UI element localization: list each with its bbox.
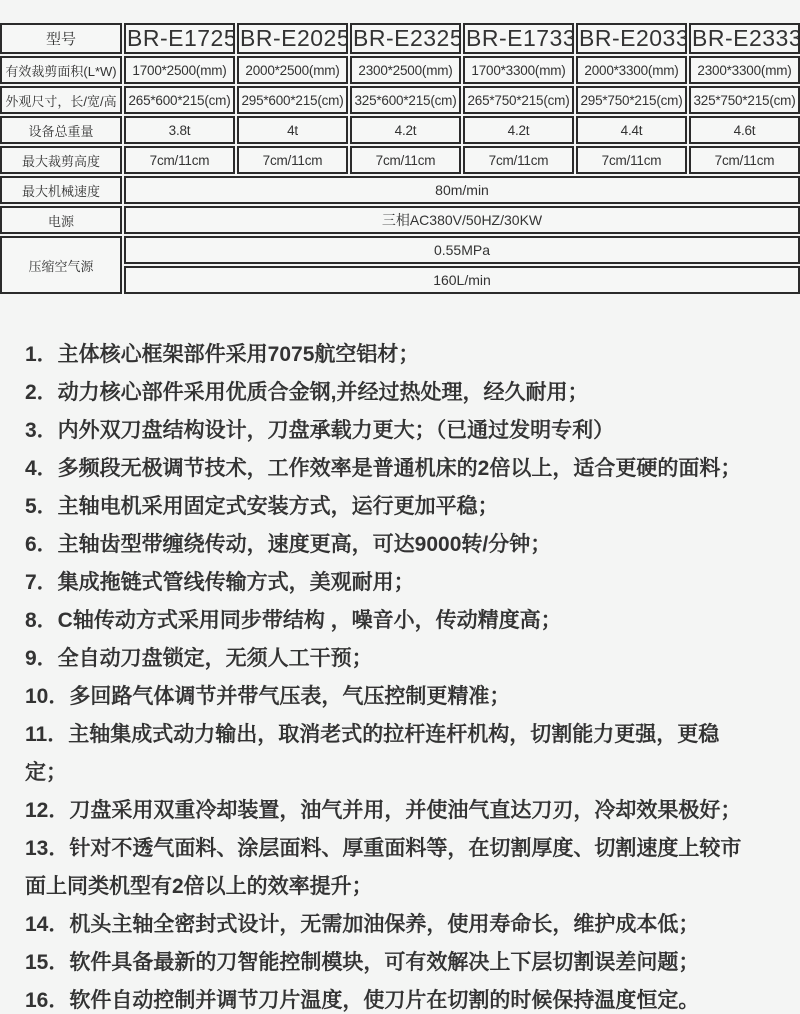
feature-item: 3．内外双刀盘结构设计，刀盘承载力更大；（已通过发明专利） bbox=[25, 412, 757, 450]
spec-value: 265*750*215(cm) bbox=[463, 86, 574, 114]
feature-item: 5．主轴电机采用固定式安装方式，运行更加平稳； bbox=[25, 488, 757, 526]
feature-item: 16．软件自动控制并调节刀片温度，使刀片在切割的时候保持温度恒定。 bbox=[25, 982, 757, 1014]
spec-value: 7cm/11cm bbox=[237, 146, 348, 174]
feature-item: 12．刀盘采用双重冷却装置，油气并用，并使油气直达刀刃，冷却效果极好； bbox=[25, 792, 757, 830]
feature-item: 9．全自动刀盘锁定，无须人工干预； bbox=[25, 640, 757, 678]
row-label: 压缩空气源 bbox=[0, 236, 122, 294]
table-row-cutting-height: 最大裁剪高度 7cm/11cm 7cm/11cm 7cm/11cm 7cm/11… bbox=[0, 146, 800, 174]
spec-table: 型号 BR-E1725 BR-E2025 BR-E2325 BR-E1733 B… bbox=[0, 21, 800, 296]
spec-value-span: 80m/min bbox=[124, 176, 800, 204]
feature-item: 4．多频段无极调节技术，工作效率是普通机床的2倍以上，适合更硬的面料； bbox=[25, 450, 757, 488]
product-spec-page: 型号 BR-E1725 BR-E2025 BR-E2325 BR-E1733 B… bbox=[0, 0, 800, 1014]
feature-item: 15．软件具备最新的刀智能控制模块，可有效解决上下层切割误差问题； bbox=[25, 944, 757, 982]
spec-value: 325*600*215(cm) bbox=[350, 86, 461, 114]
spec-value: 4.2t bbox=[463, 116, 574, 144]
row-label: 有效裁剪面积(L*W) bbox=[0, 56, 122, 84]
row-label: 设备总重量 bbox=[0, 116, 122, 144]
spec-value-span: 160L/min bbox=[124, 266, 800, 294]
model-name: BR-E1725 bbox=[124, 23, 235, 54]
model-name: BR-E2033 bbox=[576, 23, 687, 54]
spec-value: 4.6t bbox=[689, 116, 800, 144]
model-name: BR-E2333 bbox=[689, 23, 800, 54]
table-header-row: 型号 BR-E1725 BR-E2025 BR-E2325 BR-E1733 B… bbox=[0, 23, 800, 54]
table-row-max-speed: 最大机械速度 80m/min bbox=[0, 176, 800, 204]
spec-value: 295*750*215(cm) bbox=[576, 86, 687, 114]
spec-value-span: 0.55MPa bbox=[124, 236, 800, 264]
spec-value: 4.2t bbox=[350, 116, 461, 144]
spec-value: 295*600*215(cm) bbox=[237, 86, 348, 114]
spec-value: 1700*2500(mm) bbox=[124, 56, 235, 84]
row-label: 电源 bbox=[0, 206, 122, 234]
feature-item: 11．主轴集成式动力输出，取消老式的拉杆连杆机构，切割能力更强，更稳定； bbox=[25, 716, 757, 792]
feature-item: 1．主体核心框架部件采用7075航空铝材； bbox=[25, 336, 757, 374]
spec-value: 4.4t bbox=[576, 116, 687, 144]
feature-item: 2．动力核心部件采用优质合金钢,并经过热处理，经久耐用； bbox=[25, 374, 757, 412]
feature-item: 6．主轴齿型带缠绕传动，速度更高，可达9000转/分钟； bbox=[25, 526, 757, 564]
feature-list: 1．主体核心框架部件采用7075航空铝材； 2．动力核心部件采用优质合金钢,并经… bbox=[25, 336, 757, 1014]
feature-item: 13．针对不透气面料、涂层面料、厚重面料等，在切割厚度、切割速度上较市面上同类机… bbox=[25, 830, 757, 906]
table-row-cutting-area: 有效裁剪面积(L*W) 1700*2500(mm) 2000*2500(mm) … bbox=[0, 56, 800, 84]
table-row-power: 电源 三相AC380V/50HZ/30KW bbox=[0, 206, 800, 234]
spec-value: 4t bbox=[237, 116, 348, 144]
table-row-dimensions: 外观尺寸，长/宽/高 265*600*215(cm) 295*600*215(c… bbox=[0, 86, 800, 114]
model-name: BR-E2025 bbox=[237, 23, 348, 54]
row-label: 最大机械速度 bbox=[0, 176, 122, 204]
spec-value: 7cm/11cm bbox=[124, 146, 235, 174]
feature-item: 8．C轴传动方式采用同步带结构 ，噪音小，传动精度高； bbox=[25, 602, 757, 640]
feature-item: 14．机头主轴全密封式设计，无需加油保养，使用寿命长，维护成本低； bbox=[25, 906, 757, 944]
spec-value: 2000*2500(mm) bbox=[237, 56, 348, 84]
table-row-compressed-air-1: 压缩空气源 0.55MPa bbox=[0, 236, 800, 264]
feature-item: 10．多回路气体调节并带气压表，气压控制更精准； bbox=[25, 678, 757, 716]
spec-value-span: 三相AC380V/50HZ/30KW bbox=[124, 206, 800, 234]
model-name: BR-E2325 bbox=[350, 23, 461, 54]
row-label: 最大裁剪高度 bbox=[0, 146, 122, 174]
spec-value: 325*750*215(cm) bbox=[689, 86, 800, 114]
spec-value: 7cm/11cm bbox=[689, 146, 800, 174]
table-row-weight: 设备总重量 3.8t 4t 4.2t 4.2t 4.4t 4.6t bbox=[0, 116, 800, 144]
spec-value: 2000*3300(mm) bbox=[576, 56, 687, 84]
feature-item: 7．集成拖链式管线传输方式，美观耐用； bbox=[25, 564, 757, 602]
spec-value: 1700*3300(mm) bbox=[463, 56, 574, 84]
row-label: 外观尺寸，长/宽/高 bbox=[0, 86, 122, 114]
spec-value: 7cm/11cm bbox=[576, 146, 687, 174]
spec-value: 2300*2500(mm) bbox=[350, 56, 461, 84]
spec-value: 265*600*215(cm) bbox=[124, 86, 235, 114]
spec-value: 2300*3300(mm) bbox=[689, 56, 800, 84]
spec-value: 3.8t bbox=[124, 116, 235, 144]
model-row-label: 型号 bbox=[0, 23, 122, 54]
spec-value: 7cm/11cm bbox=[463, 146, 574, 174]
model-name: BR-E1733 bbox=[463, 23, 574, 54]
spec-value: 7cm/11cm bbox=[350, 146, 461, 174]
